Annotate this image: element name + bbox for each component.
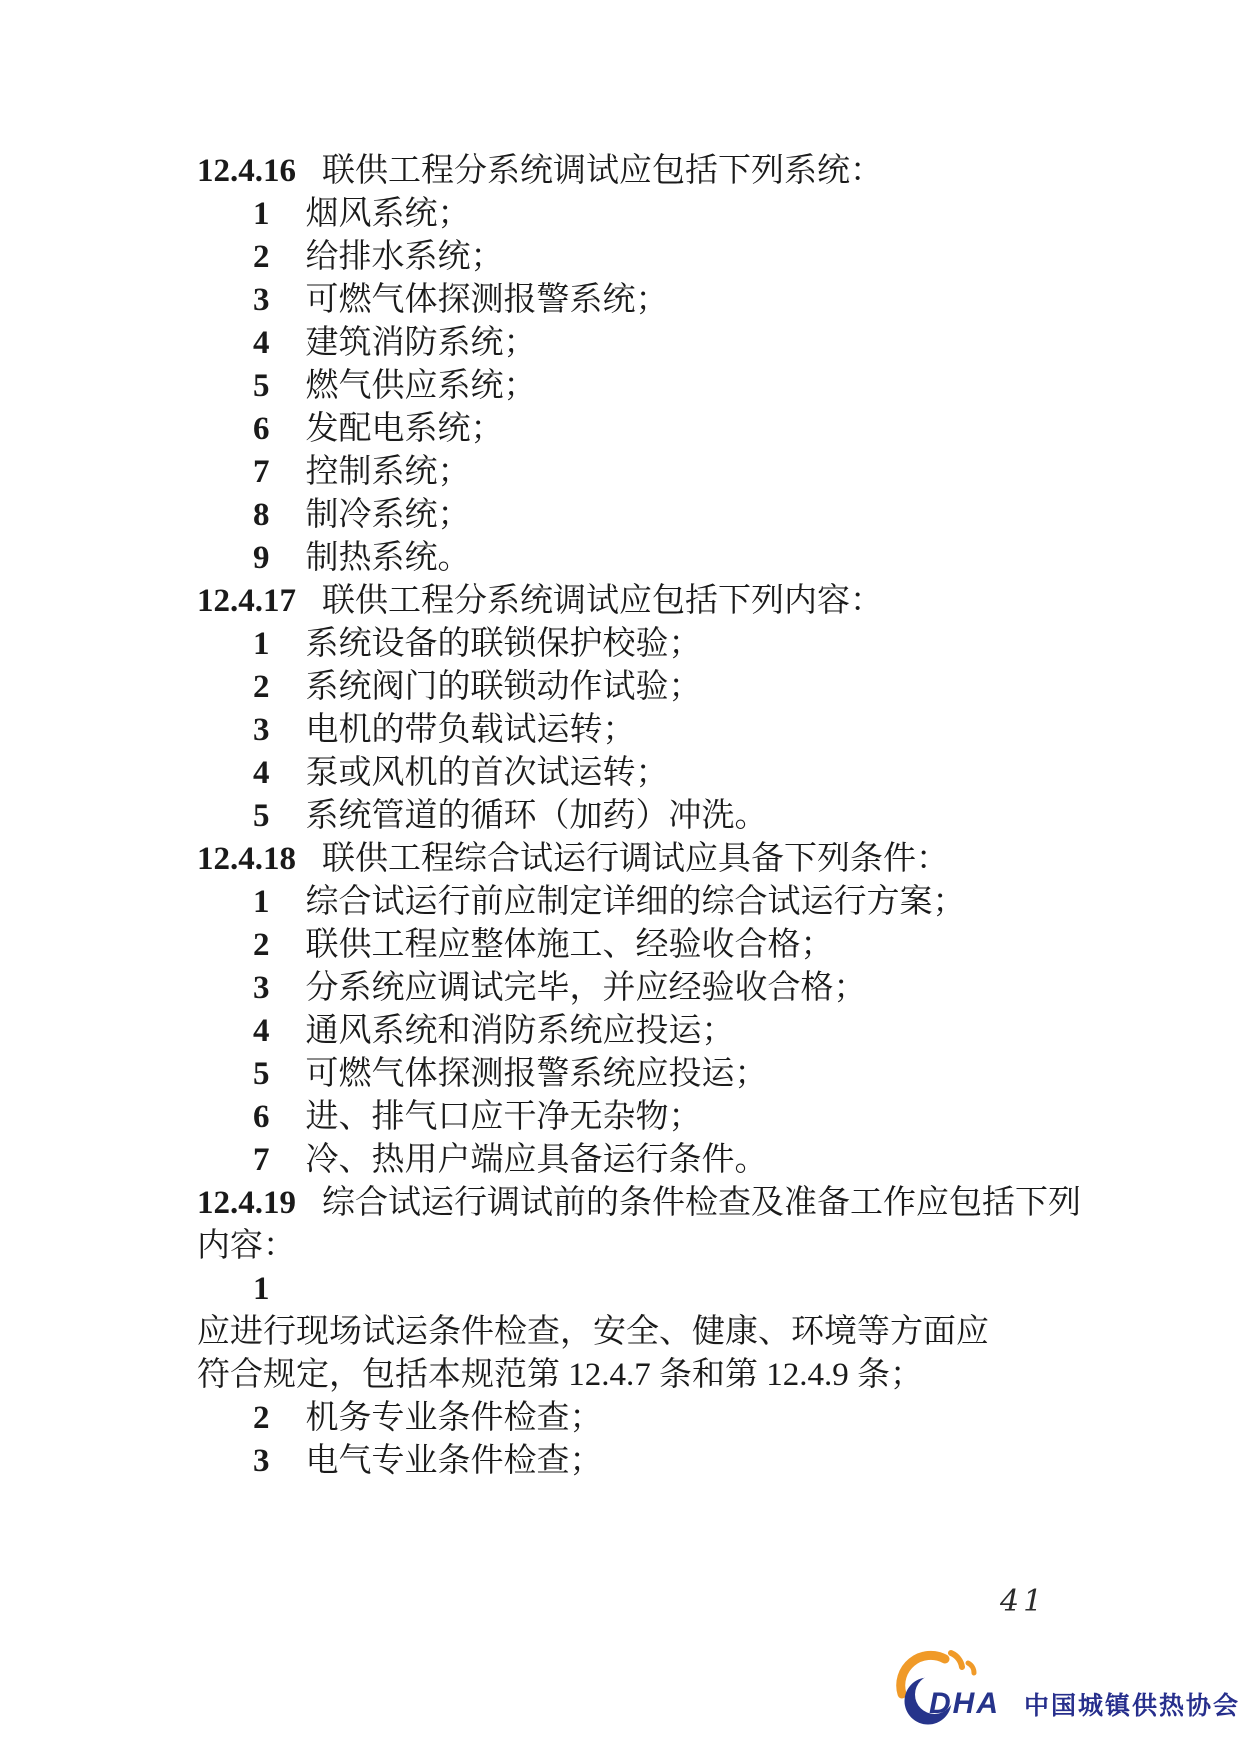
item-number: 2 <box>253 1400 270 1436</box>
item-text: 制冷系统； <box>306 497 471 533</box>
item-text: 可燃气体探测报警系统应投运； <box>306 1056 768 1092</box>
clause-heading: 12.4.19综合试运行调试前的条件检查及准备工作应包括下列 内容： <box>197 1182 1081 1268</box>
item-text: 制热系统。 <box>306 540 471 576</box>
item-text: 通风系统和消防系统应投运； <box>306 1013 735 1049</box>
list-item: 6进、排气口应干净无杂物； <box>197 1096 1081 1139</box>
list-item: 7控制系统； <box>197 451 1081 494</box>
page-number: 41 <box>1000 1584 1046 1619</box>
item-number: 4 <box>253 755 270 791</box>
item-number: 6 <box>253 1099 270 1135</box>
item-text: 泵或风机的首次试运转； <box>306 755 669 791</box>
clause-heading: 12.4.16联供工程分系统调试应包括下列系统： <box>197 150 1081 193</box>
list-item: 2联供工程应整体施工、经验收合格； <box>197 924 1081 967</box>
clause-number: 12.4.18 <box>197 841 296 877</box>
item-number: 3 <box>253 970 270 1006</box>
list-item: 4通风系统和消防系统应投运； <box>197 1010 1081 1053</box>
item-number: 4 <box>253 1013 270 1049</box>
list-item: 1综合试运行前应制定详细的综合试运行方案； <box>197 881 1081 924</box>
clause-number: 12.4.17 <box>197 583 296 619</box>
list-item: 4泵或风机的首次试运转； <box>197 752 1081 795</box>
item-text: 分系统应调试完毕，并应经验收合格； <box>306 970 867 1006</box>
item-number: 6 <box>253 411 270 447</box>
list-item: 2机务专业条件检查； <box>197 1397 1081 1440</box>
list-item: 8制冷系统； <box>197 494 1081 537</box>
item-number: 1 <box>253 626 270 662</box>
item-number: 3 <box>253 1443 270 1479</box>
clause-title: 联供工程分系统调试应包括下列内容： <box>322 583 883 619</box>
item-text: 烟风系统； <box>306 196 471 232</box>
item-number: 7 <box>253 1142 270 1178</box>
cdha-logo: DHA 中国城镇供热协会 <box>888 1646 1240 1746</box>
item-number: 1 <box>253 884 270 920</box>
item-text: 综合试运行前应制定详细的综合试运行方案； <box>306 884 966 920</box>
item-number: 4 <box>253 325 270 361</box>
item-text: 系统管道的循环（加药）冲洗。 <box>306 798 768 834</box>
list-item: 1烟风系统； <box>197 193 1081 236</box>
item-text: 系统设备的联锁保护校验； <box>306 626 702 662</box>
item-number: 8 <box>253 497 270 533</box>
list-item: 3电机的带负载试运转； <box>197 709 1081 752</box>
clause-title: 综合试运行调试前的条件检查及准备工作应包括下列 内容： <box>197 1185 1081 1264</box>
item-text: 燃气供应系统； <box>306 368 537 404</box>
list-item: 5可燃气体探测报警系统应投运； <box>197 1053 1081 1096</box>
list-item: 2给排水系统； <box>197 236 1081 279</box>
list-item: 9制热系统。 <box>197 537 1081 580</box>
item-number: 7 <box>253 454 270 490</box>
list-item: 5燃气供应系统； <box>197 365 1081 408</box>
clause-title: 联供工程分系统调试应包括下列系统： <box>322 153 883 189</box>
list-item: 4建筑消防系统； <box>197 322 1081 365</box>
list-item: 7冷、热用户端应具备运行条件。 <box>197 1139 1081 1182</box>
list-item: 3可燃气体探测报警系统； <box>197 279 1081 322</box>
item-number: 5 <box>253 798 270 834</box>
list-item: 6发配电系统； <box>197 408 1081 451</box>
clause-text-block: 12.4.16联供工程分系统调试应包括下列系统： 1烟风系统； 2给排水系统； … <box>197 150 1081 1483</box>
clause-title: 联供工程综合试运行调试应具备下列条件： <box>322 841 949 877</box>
list-item: 2系统阀门的联锁动作试验； <box>197 666 1081 709</box>
item-text: 控制系统； <box>306 454 471 490</box>
item-number: 3 <box>253 282 270 318</box>
cdha-logo-text: 中国城镇供热协会 <box>1024 1686 1240 1722</box>
item-text: 可燃气体探测报警系统； <box>306 282 669 318</box>
cdha-logo-icon: DHA <box>888 1646 1020 1746</box>
item-number: 5 <box>253 368 270 404</box>
list-item: 5系统管道的循环（加药）冲洗。 <box>197 795 1081 838</box>
item-number: 1 <box>253 1271 270 1307</box>
item-text: 发配电系统； <box>306 411 504 447</box>
list-item: 3分系统应调试完毕，并应经验收合格； <box>197 967 1081 1010</box>
list-item: 1系统设备的联锁保护校验； <box>197 623 1081 666</box>
document-page: 12.4.16联供工程分系统调试应包括下列系统： 1烟风系统； 2给排水系统； … <box>0 0 1240 1754</box>
item-text: 应进行现场试运条件检查，安全、健康、环境等方面应 符合规定，包括本规范第 12.… <box>197 1314 989 1393</box>
item-number: 9 <box>253 540 270 576</box>
item-number: 3 <box>253 712 270 748</box>
clause-heading: 12.4.17联供工程分系统调试应包括下列内容： <box>197 580 1081 623</box>
item-text: 机务专业条件检查； <box>306 1400 603 1436</box>
item-number: 5 <box>253 1056 270 1092</box>
list-item: 3电气专业条件检查； <box>197 1440 1081 1483</box>
item-text: 系统阀门的联锁动作试验； <box>306 669 702 705</box>
cdha-logo-acronym: DHA <box>929 1687 1000 1720</box>
clause-heading: 12.4.18联供工程综合试运行调试应具备下列条件： <box>197 838 1081 881</box>
item-text: 进、排气口应干净无杂物； <box>306 1099 702 1135</box>
item-text: 冷、热用户端应具备运行条件。 <box>306 1142 768 1178</box>
item-number: 2 <box>253 927 270 963</box>
item-number: 2 <box>253 239 270 275</box>
item-text: 给排水系统； <box>306 239 504 275</box>
clause-number: 12.4.19 <box>197 1185 296 1221</box>
item-text: 联供工程应整体施工、经验收合格； <box>306 927 834 963</box>
clause-number: 12.4.16 <box>197 153 296 189</box>
list-item: 1应进行现场试运条件检查，安全、健康、环境等方面应 符合规定，包括本规范第 12… <box>197 1268 1081 1397</box>
item-text: 电气专业条件检查； <box>306 1443 603 1479</box>
item-number: 2 <box>253 669 270 705</box>
item-number: 1 <box>253 196 270 232</box>
item-text: 建筑消防系统； <box>306 325 537 361</box>
item-text: 电机的带负载试运转； <box>306 712 636 748</box>
